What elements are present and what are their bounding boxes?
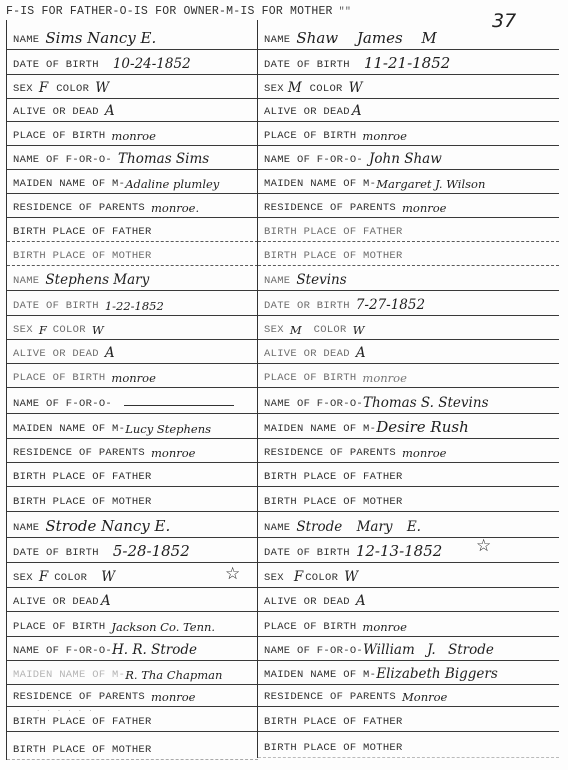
- value-sex: F: [39, 323, 47, 337]
- field-birth-place-of-father: BIRTH PLACE OF FATHER: [258, 218, 559, 242]
- value-residence-of-parents: monroe: [402, 446, 446, 460]
- field-date-of-birth: DATE OF BIRTH 5-28-1852: [7, 538, 258, 563]
- label-date-of-birth: DATE OF BIRTH: [13, 547, 99, 559]
- label-alive-or-dead: ALIVE OR DEAD: [13, 106, 99, 118]
- field-birth-place-of-father: BIRTH PLACE OF FATHER: [258, 707, 559, 732]
- field-birth-place-of-father: BIRTH PLACE OF FATHER: [7, 463, 258, 487]
- value-color: W: [101, 569, 115, 585]
- field-birth-place-of-mother: BIRTH PLACE OF MOTHER: [258, 242, 559, 266]
- field-birth-place-of-father: BIRTH PLACE OF FATHER: [7, 218, 258, 242]
- label-place-of-birth: PLACE OF BIRTH: [13, 130, 105, 142]
- field-place-of-birth: PLACE OF BIRTH monroe: [258, 612, 559, 637]
- left-column: NAME Sims Nancy E. DATE OF BIRTH 10-24-1…: [6, 20, 258, 760]
- value-residence-of-parents: monroe: [151, 690, 195, 704]
- field-date-of-birth: DATE OR BIRTH 7-27-1852: [258, 291, 559, 316]
- label-residence-of-parents: RESIDENCE OF PARENTS: [264, 447, 396, 459]
- value-residence-of-parents: monroe: [402, 201, 446, 215]
- label-residence-of-parents: RESIDENCE OF PARENTS: [264, 202, 396, 214]
- label-birth-place-of-mother: BIRTH PLACE OF MOTHER: [13, 250, 152, 262]
- record-block-left-3: NAME Strode Nancy E. DATE OF BIRTH 5-28-…: [7, 512, 258, 760]
- field-place-of-birth: PLACE OF BIRTH monroe: [7, 122, 258, 146]
- value-maiden-name-of-mother: Desire Rush: [376, 418, 469, 436]
- label-name-of-father-or-owner: NAME OF F-OR-O-: [13, 398, 112, 410]
- field-maiden-name-of-mother: MAIDEN NAME OF M- Elizabeth Biggers: [258, 661, 559, 685]
- label-name: NAME: [13, 522, 39, 534]
- label-maiden-name-of-mother: MAIDEN NAME OF M-: [13, 669, 125, 681]
- legend-text: F-IS FOR FATHER-O-IS FOR OWNER-M-IS FOR …: [6, 5, 333, 18]
- field-name: NAME Strode Mary E.: [258, 512, 559, 538]
- label-place-of-birth: PLACE OF BIRTH: [13, 372, 105, 384]
- label-name: NAME: [264, 275, 290, 287]
- label-birth-place-of-mother: BIRTH PLACE OF MOTHER: [264, 496, 403, 508]
- value-name: Stevins: [296, 272, 346, 288]
- value-alive-or-dead: A: [356, 345, 366, 361]
- value-date-of-birth: 12-13-1852: [356, 542, 442, 560]
- field-alive-or-dead: ALIVE OR DEAD A: [258, 99, 559, 122]
- form-legend-header: F-IS FOR FATHER-O-IS FOR OWNER-M-IS FOR …: [6, 5, 351, 18]
- value-maiden-name-of-mother: Margaret J. Wilson: [376, 177, 485, 191]
- label-color: COLOR: [54, 572, 87, 584]
- field-name-of-father-or-owner: NAME OF F-OR-O- Thomas S. Stevins: [258, 388, 559, 414]
- label-sex: SEX: [264, 324, 284, 336]
- record-page: F-IS FOR FATHER-O-IS FOR OWNER-M-IS FOR …: [0, 0, 568, 770]
- label-birth-place-of-father: BIRTH PLACE OF FATHER: [264, 226, 403, 238]
- label-sex: SEX: [264, 83, 284, 95]
- value-name: Strode Nancy E.: [45, 517, 170, 535]
- field-birth-place-of-mother: BIRTH PLACE OF MOTHER: [7, 242, 258, 266]
- label-name-of-father-or-owner: NAME OF F-OR-O-: [13, 154, 112, 166]
- value-name-of-father-or-owner: Thomas S. Stevins: [363, 395, 488, 411]
- value-residence-of-parents: monroe.: [151, 201, 199, 215]
- field-birth-place-of-mother: BIRTH PLACE OF MOTHER: [7, 487, 258, 512]
- field-maiden-name-of-mother: MAIDEN NAME OF M- Desire Rush: [258, 414, 559, 439]
- field-residence-of-parents: RESIDENCE OF PARENTS monroe: [258, 194, 559, 218]
- label-name: NAME: [264, 34, 290, 46]
- field-sex-color: SEX F COLOR W ☆: [7, 563, 258, 588]
- stray-mark: "": [339, 7, 351, 18]
- value-sex: F: [39, 569, 48, 585]
- value-residence-of-parents: monroe: [151, 446, 195, 460]
- label-name-of-father-or-owner: NAME OF F-OR-O-: [264, 154, 363, 166]
- field-name-of-father-or-owner: NAME OF F-OR-O- William J. Strode: [258, 637, 559, 661]
- value-name-of-father-or-owner: H. R. Strode: [112, 642, 197, 658]
- label-maiden-name-of-mother: MAIDEN NAME OF M-: [264, 178, 376, 190]
- field-residence-of-parents: RESIDENCE OF PARENTS monroe: [258, 439, 559, 463]
- label-birth-place-of-mother: BIRTH PLACE OF MOTHER: [264, 250, 403, 262]
- value-date-of-birth: 5-28-1852: [113, 542, 190, 560]
- field-sex-color: SEX M COLOR W: [258, 75, 559, 99]
- field-place-of-birth: PLACE OF BIRTH monroe: [7, 364, 258, 388]
- field-residence-of-parents: RESIDENCE OF PARENTS monroe: [7, 439, 258, 463]
- field-alive-or-dead: ALIVE OR DEAD A: [258, 340, 559, 364]
- label-place-of-birth: PLACE OF BIRTH: [13, 621, 105, 633]
- field-name: NAME Stephens Mary: [7, 266, 258, 291]
- field-alive-or-dead: ALIVE OR DEAD A: [7, 99, 258, 122]
- value-date-of-birth: 11-21-1852: [364, 54, 450, 72]
- label-place-of-birth: PLACE OF BIRTH: [264, 372, 356, 384]
- value-color: W: [92, 323, 104, 337]
- value-place-of-birth: monroe: [111, 371, 155, 385]
- label-alive-or-dead: ALIVE OR DEAD: [264, 348, 350, 360]
- label-birth-place-of-mother: BIRTH PLACE OF MOTHER: [13, 496, 152, 508]
- field-name-of-father-or-owner: NAME OF F-OR-O- Thomas Sims: [7, 146, 258, 170]
- label-maiden-name-of-mother: MAIDEN NAME OF M-: [13, 423, 125, 435]
- label-name: NAME: [13, 275, 39, 287]
- scan-noise: · · · · · ·: [37, 707, 94, 715]
- label-place-of-birth: PLACE OF BIRTH: [264, 130, 356, 142]
- label-alive-or-dead: ALIVE OR DEAD: [13, 596, 99, 608]
- label-date-of-birth: DATE OF BIRTH: [264, 547, 350, 559]
- field-place-of-birth: PLACE OF BIRTH Jackson Co. Tenn.: [7, 612, 258, 637]
- value-sex: M: [290, 323, 302, 337]
- field-name: NAME Sims Nancy E.: [7, 20, 258, 50]
- label-maiden-name-of-mother: MAIDEN NAME OF M-: [13, 178, 125, 190]
- field-maiden-name-of-mother: MAIDEN NAME OF M- Adaline plumley: [7, 170, 258, 194]
- field-birth-place-of-father: BIRTH PLACE OF FATHER: [258, 463, 559, 487]
- field-name-of-father-or-owner: NAME OF F-OR-O- John Shaw: [258, 146, 559, 170]
- label-alive-or-dead: ALIVE OR DEAD: [264, 106, 350, 118]
- value-sex: M: [288, 80, 302, 96]
- label-name-of-father-or-owner: NAME OF F-OR-O-: [13, 645, 112, 657]
- value-name-of-father-or-owner-blank-line: [124, 405, 234, 406]
- label-birth-place-of-mother: BIRTH PLACE OF MOTHER: [264, 742, 403, 754]
- label-color: COLOR: [310, 83, 343, 95]
- label-name: NAME: [13, 34, 39, 46]
- label-date-of-birth: DATE OF BIRTH: [13, 300, 99, 312]
- record-block-left-1: NAME Sims Nancy E. DATE OF BIRTH 10-24-1…: [7, 20, 258, 266]
- field-birth-place-of-mother: BIRTH PLACE OF MOTHER: [258, 487, 559, 512]
- label-name-of-father-or-owner: NAME OF F-OR-O-: [264, 398, 363, 410]
- value-maiden-name-of-mother: R. Tha Chapman: [125, 668, 222, 682]
- field-maiden-name-of-mother: MAIDEN NAME OF M- R. Tha Chapman: [7, 661, 258, 685]
- value-name-of-father-or-owner: William J. Strode: [363, 642, 494, 658]
- value-name: Shaw James M: [296, 29, 436, 47]
- value-name-of-father-or-owner: Thomas Sims: [118, 151, 209, 167]
- value-color: W: [353, 323, 365, 337]
- record-block-left-2: NAME Stephens Mary DATE OF BIRTH 1-22-18…: [7, 266, 258, 512]
- field-birth-place-of-mother: BIRTH PLACE OF MOTHER: [258, 732, 559, 758]
- field-maiden-name-of-mother: MAIDEN NAME OF M- Margaret J. Wilson: [258, 170, 559, 194]
- field-name-of-father-or-owner: NAME OF F-OR-O-: [7, 388, 258, 414]
- value-sex: F: [39, 80, 48, 96]
- value-maiden-name-of-mother: Lucy Stephens: [125, 422, 211, 436]
- value-sex: F: [294, 569, 303, 585]
- value-date-of-birth: 1-22-1852: [105, 299, 164, 313]
- value-place-of-birth: Jackson Co. Tenn.: [111, 620, 215, 634]
- field-sex-color: SEX F COLOR W: [7, 75, 258, 99]
- label-residence-of-parents: RESIDENCE OF PARENTS: [264, 691, 396, 703]
- field-date-of-birth: DATE OF BIRTH 1-22-1852: [7, 291, 258, 316]
- label-date-of-birth: DATE OR BIRTH: [264, 300, 350, 312]
- field-name-of-father-or-owner: NAME OF F-OR-O- H. R. Strode: [7, 637, 258, 661]
- label-color: COLOR: [53, 324, 86, 336]
- field-birth-place-of-father: · · · · · · BIRTH PLACE OF FATHER: [7, 707, 258, 732]
- value-place-of-birth: monroe: [111, 129, 155, 143]
- value-residence-of-parents: Monroe: [402, 690, 447, 704]
- field-alive-or-dead: ALIVE OR DEAD A: [258, 588, 559, 612]
- field-residence-of-parents: RESIDENCE OF PARENTS monroe: [7, 685, 258, 707]
- record-block-right-1: NAME Shaw James M DATE OF BIRTH 11-21-18…: [258, 20, 559, 266]
- star-icon: ☆: [225, 564, 240, 584]
- label-birth-place-of-father: BIRTH PLACE OF FATHER: [13, 226, 152, 238]
- value-maiden-name-of-mother: Adaline plumley: [125, 177, 219, 191]
- label-residence-of-parents: RESIDENCE OF PARENTS: [13, 202, 145, 214]
- field-name: NAME Stevins: [258, 266, 559, 291]
- value-place-of-birth: monroe: [362, 371, 406, 385]
- label-birth-place-of-father: BIRTH PLACE OF FATHER: [13, 716, 152, 728]
- value-place-of-birth: monroe: [362, 129, 406, 143]
- record-block-right-3: NAME Strode Mary E. DATE OF BIRTH 12-13-…: [258, 512, 559, 758]
- label-alive-or-dead: ALIVE OR DEAD: [13, 348, 99, 360]
- field-alive-or-dead: ALIVE OR DEAD A: [7, 588, 258, 612]
- label-color: COLOR: [56, 83, 89, 95]
- field-place-of-birth: PLACE OF BIRTH monroe: [258, 364, 559, 388]
- label-alive-or-dead: ALIVE OR DEAD: [264, 596, 350, 608]
- value-alive-or-dead: A: [105, 103, 115, 119]
- label-birth-place-of-father: BIRTH PLACE OF FATHER: [13, 471, 152, 483]
- value-name-of-father-or-owner: John Shaw: [369, 151, 442, 167]
- value-alive-or-dead: A: [356, 593, 366, 609]
- label-sex: SEX: [264, 572, 284, 584]
- field-date-of-birth: DATE OF BIRTH 10-24-1852: [7, 50, 258, 75]
- label-color: COLOR: [305, 572, 338, 584]
- value-alive-or-dead: A: [105, 345, 115, 361]
- value-alive-or-dead: A: [101, 593, 111, 609]
- label-name-of-father-or-owner: NAME OF F-OR-O-: [264, 645, 363, 657]
- label-date-of-birth: DATE OF BIRTH: [264, 59, 350, 71]
- star-icon: ☆: [476, 536, 491, 556]
- label-birth-place-of-mother: BIRTH PLACE OF MOTHER: [13, 744, 152, 756]
- value-name: Strode Mary E.: [296, 519, 421, 535]
- value-maiden-name-of-mother: Elizabeth Biggers: [376, 666, 498, 682]
- value-alive-or-dead: A: [352, 103, 362, 119]
- field-name: NAME Strode Nancy E.: [7, 512, 258, 538]
- value-date-of-birth: 10-24-1852: [113, 56, 191, 72]
- label-birth-place-of-father: BIRTH PLACE OF FATHER: [264, 471, 403, 483]
- label-name: NAME: [264, 522, 290, 534]
- field-birth-place-of-mother: BIRTH PLACE OF MOTHER: [7, 732, 258, 760]
- record-block-right-2: NAME Stevins DATE OR BIRTH 7-27-1852 SEX…: [258, 266, 559, 512]
- label-place-of-birth: PLACE OF BIRTH: [264, 621, 356, 633]
- label-sex: SEX: [13, 324, 33, 336]
- label-residence-of-parents: RESIDENCE OF PARENTS: [13, 691, 145, 703]
- field-date-of-birth: DATE OF BIRTH 12-13-1852 ☆: [258, 538, 559, 563]
- right-column: NAME Shaw James M DATE OF BIRTH 11-21-18…: [257, 20, 559, 758]
- value-name: Stephens Mary: [45, 272, 149, 288]
- value-color: W: [95, 80, 109, 96]
- field-name: NAME Shaw James M: [258, 20, 559, 50]
- field-sex-color: SEX M COLOR W: [258, 316, 559, 340]
- value-name: Sims Nancy E.: [45, 29, 156, 47]
- field-place-of-birth: PLACE OF BIRTH monroe: [258, 122, 559, 146]
- value-color: W: [344, 569, 358, 585]
- field-maiden-name-of-mother: MAIDEN NAME OF M- Lucy Stephens: [7, 414, 258, 439]
- field-residence-of-parents: RESIDENCE OF PARENTS Monroe: [258, 685, 559, 707]
- label-date-of-birth: DATE OF BIRTH: [13, 59, 99, 71]
- label-maiden-name-of-mother: MAIDEN NAME OF M-: [264, 669, 376, 681]
- field-sex-color: SEX F COLOR W: [7, 316, 258, 340]
- value-color: W: [349, 80, 363, 96]
- label-color: COLOR: [314, 324, 347, 336]
- label-sex: SEX: [13, 83, 33, 95]
- label-maiden-name-of-mother: MAIDEN NAME OF M-: [264, 423, 376, 435]
- label-sex: SEX: [13, 572, 33, 584]
- field-sex-color: SEX F COLOR W: [258, 563, 559, 588]
- value-place-of-birth: monroe: [362, 620, 406, 634]
- label-residence-of-parents: RESIDENCE OF PARENTS: [13, 447, 145, 459]
- label-birth-place-of-father: BIRTH PLACE OF FATHER: [264, 716, 403, 728]
- field-residence-of-parents: RESIDENCE OF PARENTS monroe.: [7, 194, 258, 218]
- field-alive-or-dead: ALIVE OR DEAD A: [7, 340, 258, 364]
- field-date-of-birth: DATE OF BIRTH 11-21-1852: [258, 50, 559, 75]
- value-date-of-birth: 7-27-1852: [356, 297, 425, 313]
